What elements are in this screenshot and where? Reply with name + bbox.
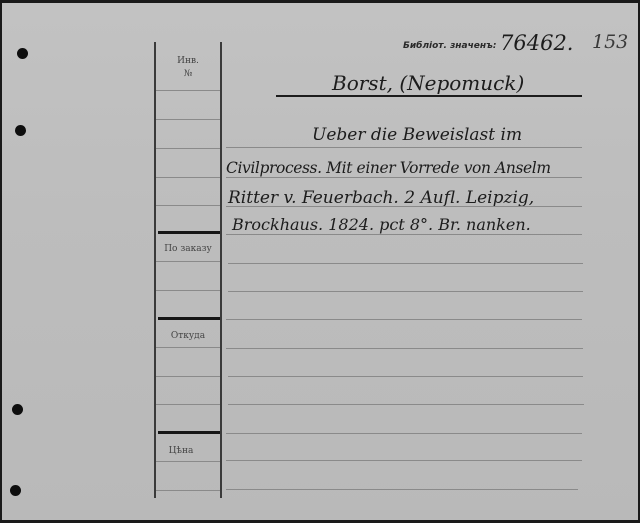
author-name: Borst, (Nepomuck): [332, 71, 524, 95]
entry-rule: [228, 404, 584, 405]
price-label: Цѣна: [156, 446, 206, 456]
left-rule: [156, 261, 220, 262]
left-column-border-left: [154, 42, 156, 498]
left-rule: [156, 461, 220, 462]
title-line-1: Ueber die Beweislast im: [312, 125, 522, 145]
page-number: 153: [592, 31, 628, 53]
entry-rule: [226, 177, 582, 178]
left-section-divider: [158, 431, 220, 434]
left-section-divider: [158, 317, 220, 320]
left-rule: [156, 177, 220, 178]
left-rule: [156, 404, 220, 405]
left-rule: [156, 376, 220, 377]
left-rule: [156, 148, 220, 149]
entry-rule: [226, 460, 582, 461]
entry-rule: [228, 376, 583, 377]
left-rule: [156, 490, 220, 491]
left-section-divider: [158, 231, 220, 234]
entry-rule: [226, 319, 582, 320]
left-rule: [156, 90, 220, 91]
entry-rule: [226, 489, 578, 490]
entry-rule: [226, 234, 582, 235]
title-line-2: Civilprocess. Mit einer Vorrede von Anse…: [226, 159, 551, 177]
entry-rule: [226, 147, 582, 148]
author-underline: [276, 95, 582, 97]
inventory-label-line2: №: [156, 68, 220, 81]
left-rule: [156, 347, 220, 348]
order-label: По заказу: [156, 244, 220, 254]
entry-rule: [226, 206, 582, 207]
left-rule: [156, 205, 220, 206]
punch-hole: [12, 404, 23, 415]
title-line-3: Ritter v. Feuerbach. 2 Aufl. Leipzig,: [228, 188, 534, 208]
library-mark-label: Библіот. значенъ:: [403, 41, 496, 51]
entry-rule: [226, 433, 582, 434]
punch-hole: [10, 485, 21, 496]
entry-rule: [226, 348, 583, 349]
left-rule: [156, 119, 220, 120]
punch-hole: [17, 48, 28, 59]
entry-rule: [228, 291, 583, 292]
left-rule: [156, 290, 220, 291]
entry-rule: [228, 263, 583, 264]
inventory-label: Инв. №: [156, 55, 220, 81]
library-mark-value: 76462.: [500, 31, 573, 55]
source-label: Откуда: [156, 331, 220, 341]
left-column-border-right: [220, 42, 222, 498]
title-line-4: Brockhaus. 1824. pct 8°. Br. nanken.: [232, 215, 531, 234]
punch-hole: [15, 125, 26, 136]
inventory-label-line1: Инв.: [156, 55, 220, 68]
catalog-card: Инв. № По заказу Откуда Цѣна Библіот. зн…: [2, 3, 638, 520]
